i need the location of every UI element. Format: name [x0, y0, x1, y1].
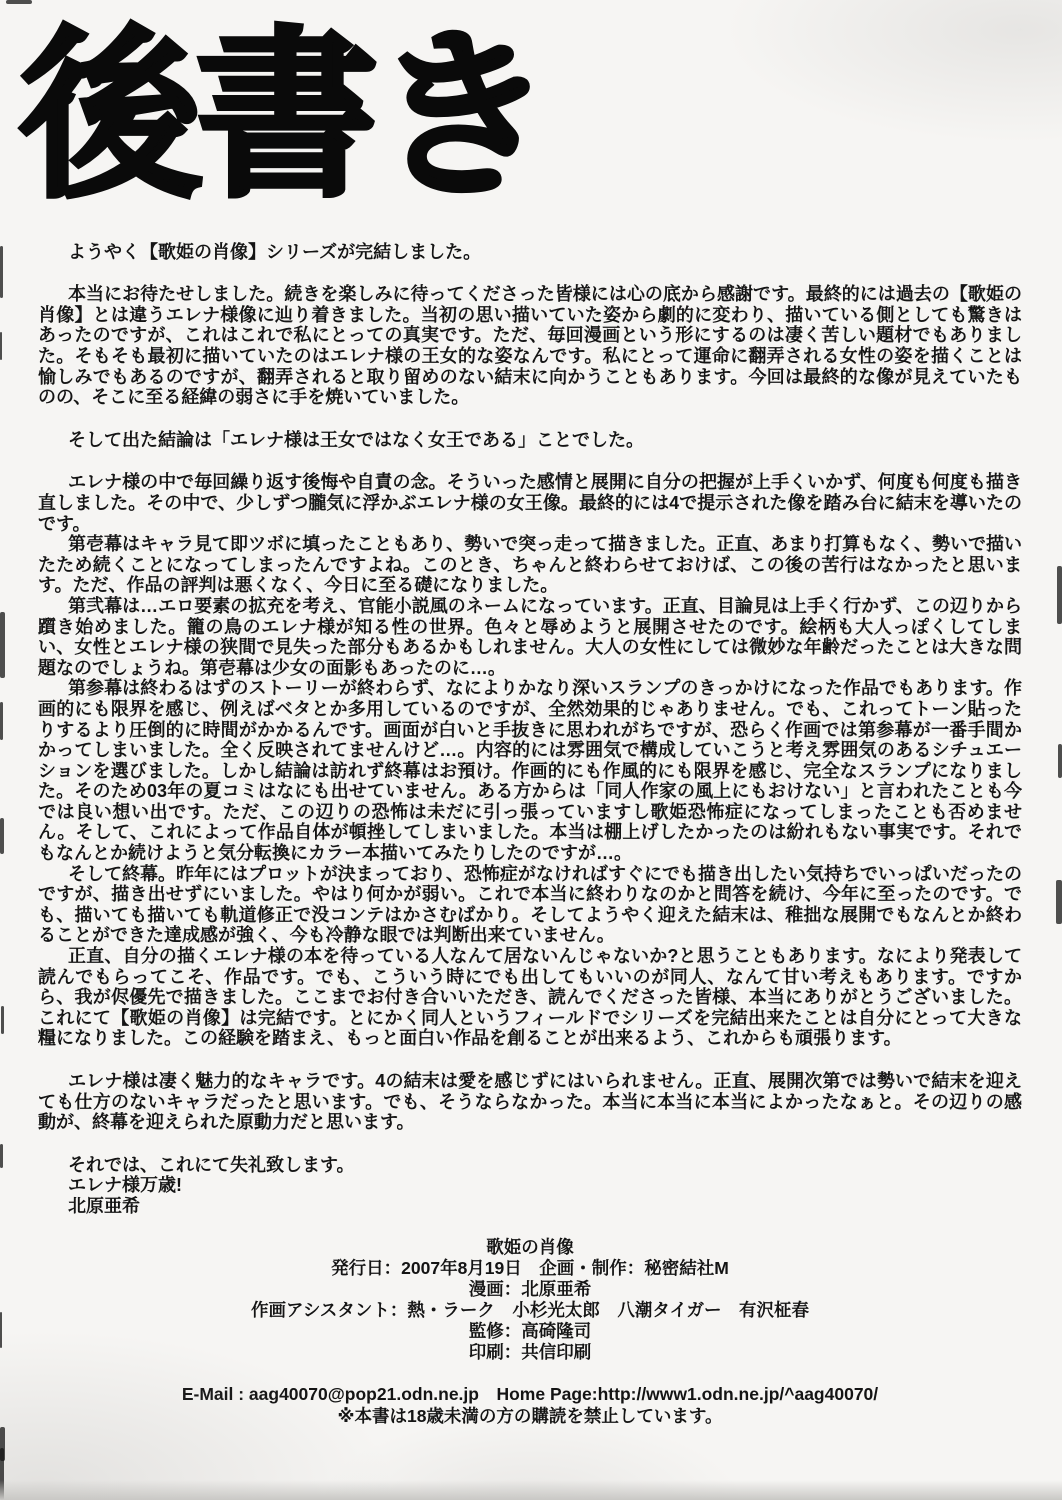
paragraph: ようやく【歌姫の肖像】シリーズが完結しました。	[38, 242, 1022, 263]
closing-block: それでは、これにて失礼致します。エレナ様万歳!	[38, 1155, 1022, 1196]
paragraph: そして出た結論は「エレナ様は王女ではなく女王である」ことでした。	[38, 430, 1022, 451]
closing-line: エレナ様万歳!	[38, 1175, 1022, 1196]
scan-artifact	[0, 1144, 3, 1168]
scan-artifact	[0, 818, 4, 854]
scan-artifact	[1058, 744, 1062, 778]
paragraph: 正直、自分の描くエレナ様の本を待っている人なんて居ないんじゃないか?と思うことも…	[38, 946, 1022, 1049]
paragraph: エレナ様の中で毎回繰り返す後悔や自責の念。そういった感情と展開に自分の把握が上手…	[38, 472, 1022, 534]
scan-artifact	[0, 612, 5, 678]
paragraph: そして終幕。昨年にはプロットが決まっており、恐怖症がなければすぐにでも描き出した…	[38, 864, 1022, 946]
colophon-line: 監修：高碕隆司	[38, 1321, 1022, 1342]
footer-line: ※本書は18歳未満の方の購読を禁止しています。	[38, 1405, 1022, 1427]
author-signature: 北原亜希	[38, 1196, 1022, 1217]
scan-artifact	[1, 1006, 4, 1034]
scan-artifact	[0, 332, 2, 360]
body-text: ようやく【歌姫の肖像】シリーズが完結しました。本当にお待たせしました。続きを楽し…	[38, 242, 1022, 1427]
paragraph: 第弐幕は…エロ要素の拡充を考え、官能小説風のネームになっています。正直、目論見は…	[38, 596, 1022, 678]
paragraph: 第参幕は終わるはずのストーリーが終わらず、なによりかなり深いスランプのきっかけに…	[38, 678, 1022, 863]
scan-artifact	[0, 1312, 2, 1348]
footer-contact: E-Mail : aag40070@pop21.odn.ne.jp Home P…	[38, 1383, 1022, 1427]
colophon-line: 印刷：共信印刷	[38, 1342, 1022, 1363]
colophon-line: 漫画：北原亜希	[38, 1279, 1022, 1300]
paragraphs-container: ようやく【歌姫の肖像】シリーズが完結しました。本当にお待たせしました。続きを楽し…	[38, 242, 1022, 1133]
colophon-line: 発行日：2007年8月19日 企画・制作：秘密結社M	[38, 1258, 1022, 1279]
afterword-page: 後書き ようやく【歌姫の肖像】シリーズが完結しました。本当にお待たせしました。続…	[0, 0, 1062, 1500]
colophon: 歌姫の肖像発行日：2007年8月19日 企画・制作：秘密結社M漫画：北原亜希作画…	[38, 1237, 1022, 1363]
scan-bottom-shadow	[0, 1480, 1062, 1500]
scan-artifact	[0, 702, 3, 740]
scan-artifact	[1056, 880, 1062, 924]
scan-artifact	[6, 0, 32, 4]
scan-artifact	[1057, 566, 1062, 624]
page-title: 後書き	[20, 26, 1062, 212]
closing-line: それでは、これにて失礼致します。	[38, 1155, 1022, 1176]
scan-artifact	[0, 246, 3, 298]
colophon-line: 作画アシスタント：熱・ラーク 小杉光太郎 八潮タイガー 有沢柾春	[38, 1300, 1022, 1321]
paragraph: 本当にお待たせしました。続きを楽しみに待ってくださった皆様には心の底から感謝です…	[38, 284, 1022, 408]
paragraph: 第壱幕はキャラ見て即ツボに填ったこともあり、勢いで突っ走って描きました。正直、あ…	[38, 534, 1022, 596]
footer-line: E-Mail : aag40070@pop21.odn.ne.jp Home P…	[38, 1383, 1022, 1405]
colophon-line: 歌姫の肖像	[38, 1237, 1022, 1258]
paragraph: エレナ様は凄く魅力的なキャラです。4の結末は愛を感じずにはいられません。正直、展…	[38, 1071, 1022, 1133]
